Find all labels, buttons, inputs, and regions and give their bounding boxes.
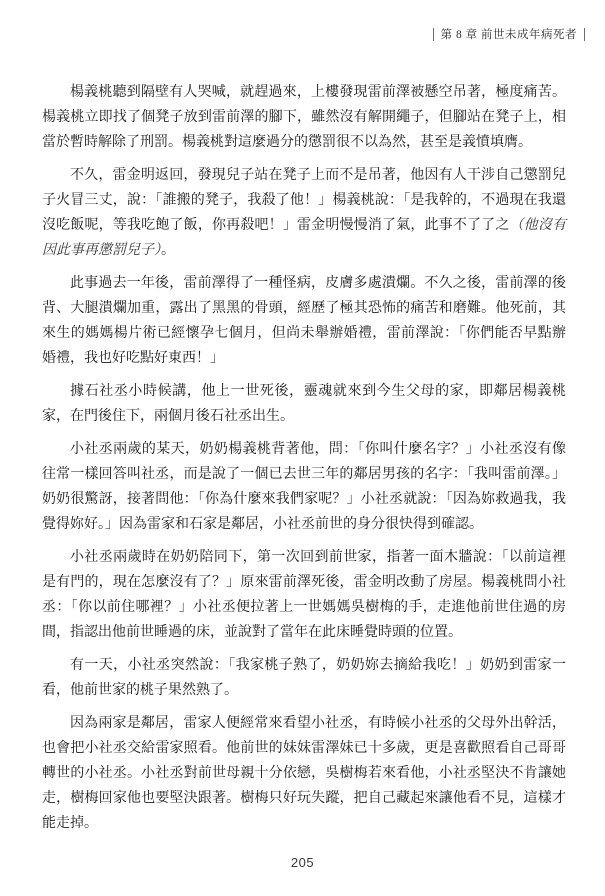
body-paragraph: 楊義桃聽到隔壁有人哭喊，就趕過來，上樓發現雷前澤被懸空吊著，極度痛苦。楊義桃立即… [42,80,566,155]
header-divider-bar-right [584,28,585,41]
page-number: 205 [0,855,605,870]
header-divider-bar-left [433,28,434,41]
body-paragraph: 小社丞兩歲的某天，奶奶楊義桃背著他，問：「你叫什麼名字？」小社丞沒有像往常一樣回… [42,437,566,537]
page-body: 楊義桃聽到隔壁有人哭喊，就趕過來，上樓發現雷前澤被懸空吊著，極度痛苦。楊義桃立即… [42,80,566,844]
body-paragraph: 小社丞兩歲時在奶奶陪同下，第一次回到前世家，指著一面木牆說：「以前這裡是有門的，… [42,545,566,645]
body-paragraph: 據石社丞小時候講，他上一世死後，靈魂就來到今生父母的家，即鄰居楊義桃家，在門後住… [42,379,566,429]
body-paragraph: 不久，雷金明返回，發現兒子站在凳子上而不是吊著，他因有人干涉自己懲罰兒子火冒三丈… [42,163,566,263]
paragraph-text-end: 。 [161,243,175,258]
paragraph-text: 不久，雷金明返回，發現兒子站在凳子上而不是吊著，他因有人干涉自己懲罰兒子火冒三丈… [42,168,566,233]
running-header: 第 8 章 前世未成年病死者 [433,26,585,42]
body-paragraph: 此事過去一年後，雷前澤得了一種怪病，皮膚多處潰爛。不久之後，雷前澤的後背、大腿潰… [42,271,566,371]
chapter-title: 第 8 章 前世未成年病死者 [441,26,577,42]
book-page: 第 8 章 前世未成年病死者 楊義桃聽到隔壁有人哭喊，就趕過來，上樓發現雷前澤被… [0,0,605,896]
body-paragraph: 因為兩家是鄰居，雷家人便經常來看望小社丞，有時候小社丞的父母外出幹活，也會把小社… [42,711,566,836]
body-paragraph: 有一天，小社丞突然說：「我家桃子熟了，奶奶妳去摘給我吃！」奶奶到雷家一看，他前世… [42,653,566,703]
